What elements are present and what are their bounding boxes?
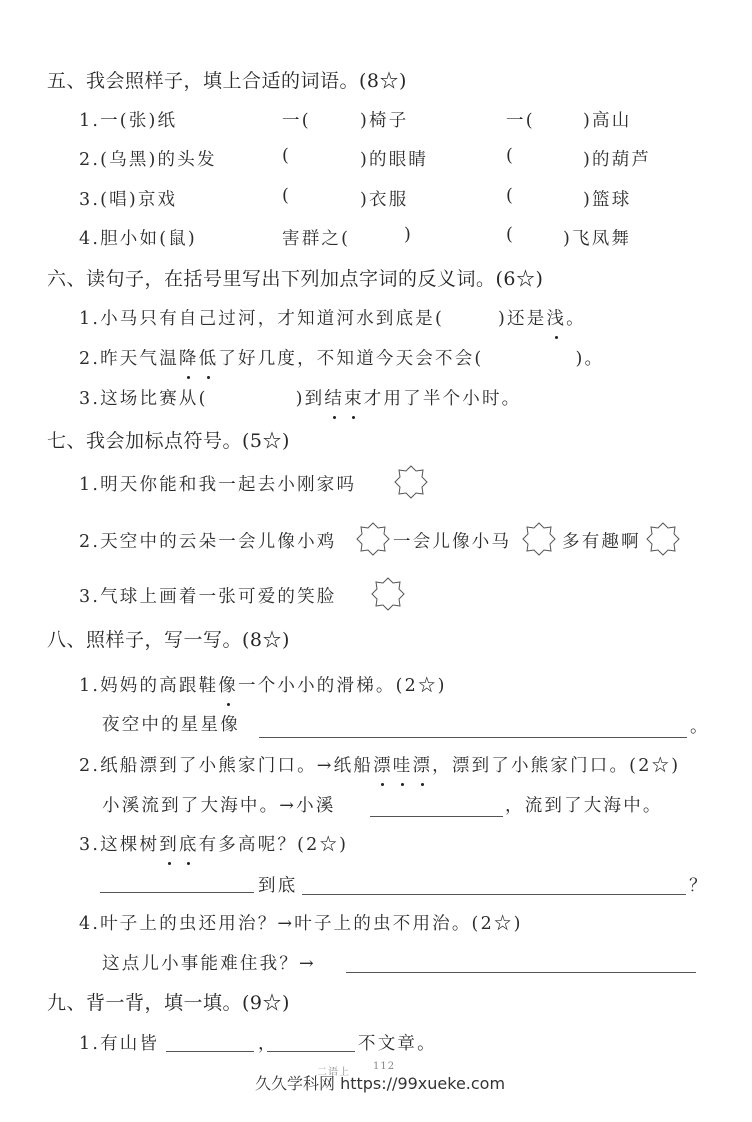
s5-r1-b1-close: )椅子: [360, 107, 408, 132]
s8-q2-answer-a: 小溪流到了大海中。→小溪: [102, 792, 336, 817]
dotted-word: 到底: [159, 835, 198, 855]
punctuation-box-star-icon[interactable]: [646, 522, 680, 556]
s5-r4-b1-open: 害群之(: [282, 225, 350, 250]
s5-r2-b2-open: (: [506, 146, 515, 166]
s5-r2-b2-close: )的葫芦: [583, 146, 651, 171]
s8-q1: 1.妈妈的高跟鞋像一个小小的滑梯。(2☆): [79, 672, 447, 697]
s5-r1-example: 1.一(张)纸: [79, 107, 177, 132]
s5-r3-b2-close: )篮球: [583, 186, 631, 211]
s6-item-3: 3.这场比赛从()到结束才用了半个小时。: [79, 385, 521, 410]
section-6-title: 六、读句子，在括号里写出下列加点字词的反义词。(6☆): [47, 264, 543, 291]
s6-item-1: 1.小马只有自己过河，才知道河水到底是()还是浅。: [79, 305, 586, 330]
s7-item-2-text-a: 2.天空中的云朵一会儿像小鸡: [79, 528, 337, 553]
s9-q1-answer-line-a[interactable]: [166, 1051, 254, 1052]
s8-q1-end: 。: [690, 713, 710, 738]
s5-r4-example: 4.胆小如(鼠): [79, 225, 197, 250]
s7-item-2-text-c: 多有趣啊: [562, 528, 641, 553]
section-9-title: 九、背一背，填一填。(9☆): [47, 988, 290, 1015]
s5-r4-b2-close: )飞凤舞: [563, 225, 631, 250]
s8-q4-answer-prefix: 这点儿小事能难住我？→: [102, 950, 316, 975]
section-5-title: 五、我会照样子，填上合适的词语。(8☆): [47, 66, 407, 93]
s8-q2-answer-line[interactable]: [370, 816, 503, 817]
s8-q1-answer-prefix: 夜空中的星星像: [102, 711, 240, 736]
s5-r3-b1-close: )衣服: [360, 186, 408, 211]
s8-q2-answer-b: ，流到了大海中。: [505, 792, 663, 817]
s8-q3-answer-line-b[interactable]: [302, 894, 686, 895]
dotted-word: 像: [218, 672, 238, 697]
s8-q3-end: ？: [689, 872, 709, 897]
s7-item-1-text: 1.明天你能和我一起去小刚家吗: [79, 471, 356, 496]
s8-q3-answer-line-a[interactable]: [100, 892, 254, 893]
s5-r1-b2-close: )高山: [583, 107, 631, 132]
s7-item-3-text: 3.气球上画着一张可爱的笑脸: [79, 583, 337, 608]
s5-r1-b1-open: 一(: [282, 107, 311, 132]
dotted-word: 结束: [324, 389, 363, 409]
punctuation-box-star-icon[interactable]: [356, 522, 390, 556]
s5-r2-example: 2.(乌黑)的头发: [79, 146, 217, 171]
s5-r2-b1-close: )的眼睛: [360, 146, 428, 171]
s7-item-2-text-b: 一会儿像小马: [393, 528, 511, 553]
s8-q3-mid: 到底: [258, 872, 297, 897]
s8-q4: 4.叶子上的虫还用治？→叶子上的虫不用治。(2☆): [79, 910, 523, 935]
s5-r4-b2-open: (: [506, 225, 515, 245]
s8-q2: 2.纸船漂到了小熊家门口。→纸船漂哇漂，漂到了小熊家门口。(2☆): [79, 752, 680, 777]
s8-q3: 3.这棵树到底有多高呢？(2☆): [79, 831, 348, 856]
s9-q1-pre: 1.有山皆: [79, 1030, 159, 1055]
dotted-word: 降低: [179, 349, 218, 369]
s5-r3-b1-open: (: [282, 186, 291, 206]
punctuation-box-star-icon[interactable]: [522, 522, 556, 556]
dotted-word: 漂哇漂: [373, 756, 432, 776]
footer-watermark: 久久学科网 https://99xueke.com: [255, 1071, 505, 1094]
s5-r3-b2-open: (: [506, 186, 515, 206]
s9-q1-post: 不文章。: [358, 1030, 437, 1055]
s6-item-2: 2.昨天气温降低了好几度，不知道今天会不会()。: [79, 345, 604, 370]
s5-r2-b1-open: (: [282, 146, 291, 166]
s5-r4-b1-close: ): [404, 225, 413, 245]
punctuation-box-star-icon[interactable]: [394, 465, 428, 499]
punctuation-box-star-icon[interactable]: [371, 577, 405, 611]
s8-q1-answer-line[interactable]: [259, 737, 687, 738]
s5-r1-b2-open: 一(: [506, 107, 535, 132]
s5-r3-example: 3.(唱)京戏: [79, 186, 177, 211]
dotted-word: 浅: [546, 305, 566, 330]
s9-q1-answer-line-b[interactable]: [267, 1051, 355, 1052]
s8-q4-answer-line[interactable]: [346, 972, 696, 973]
section-7-title: 七、我会加标点符号。(5☆): [47, 426, 290, 453]
section-8-title: 八、照样子，写一写。(8☆): [47, 625, 290, 652]
